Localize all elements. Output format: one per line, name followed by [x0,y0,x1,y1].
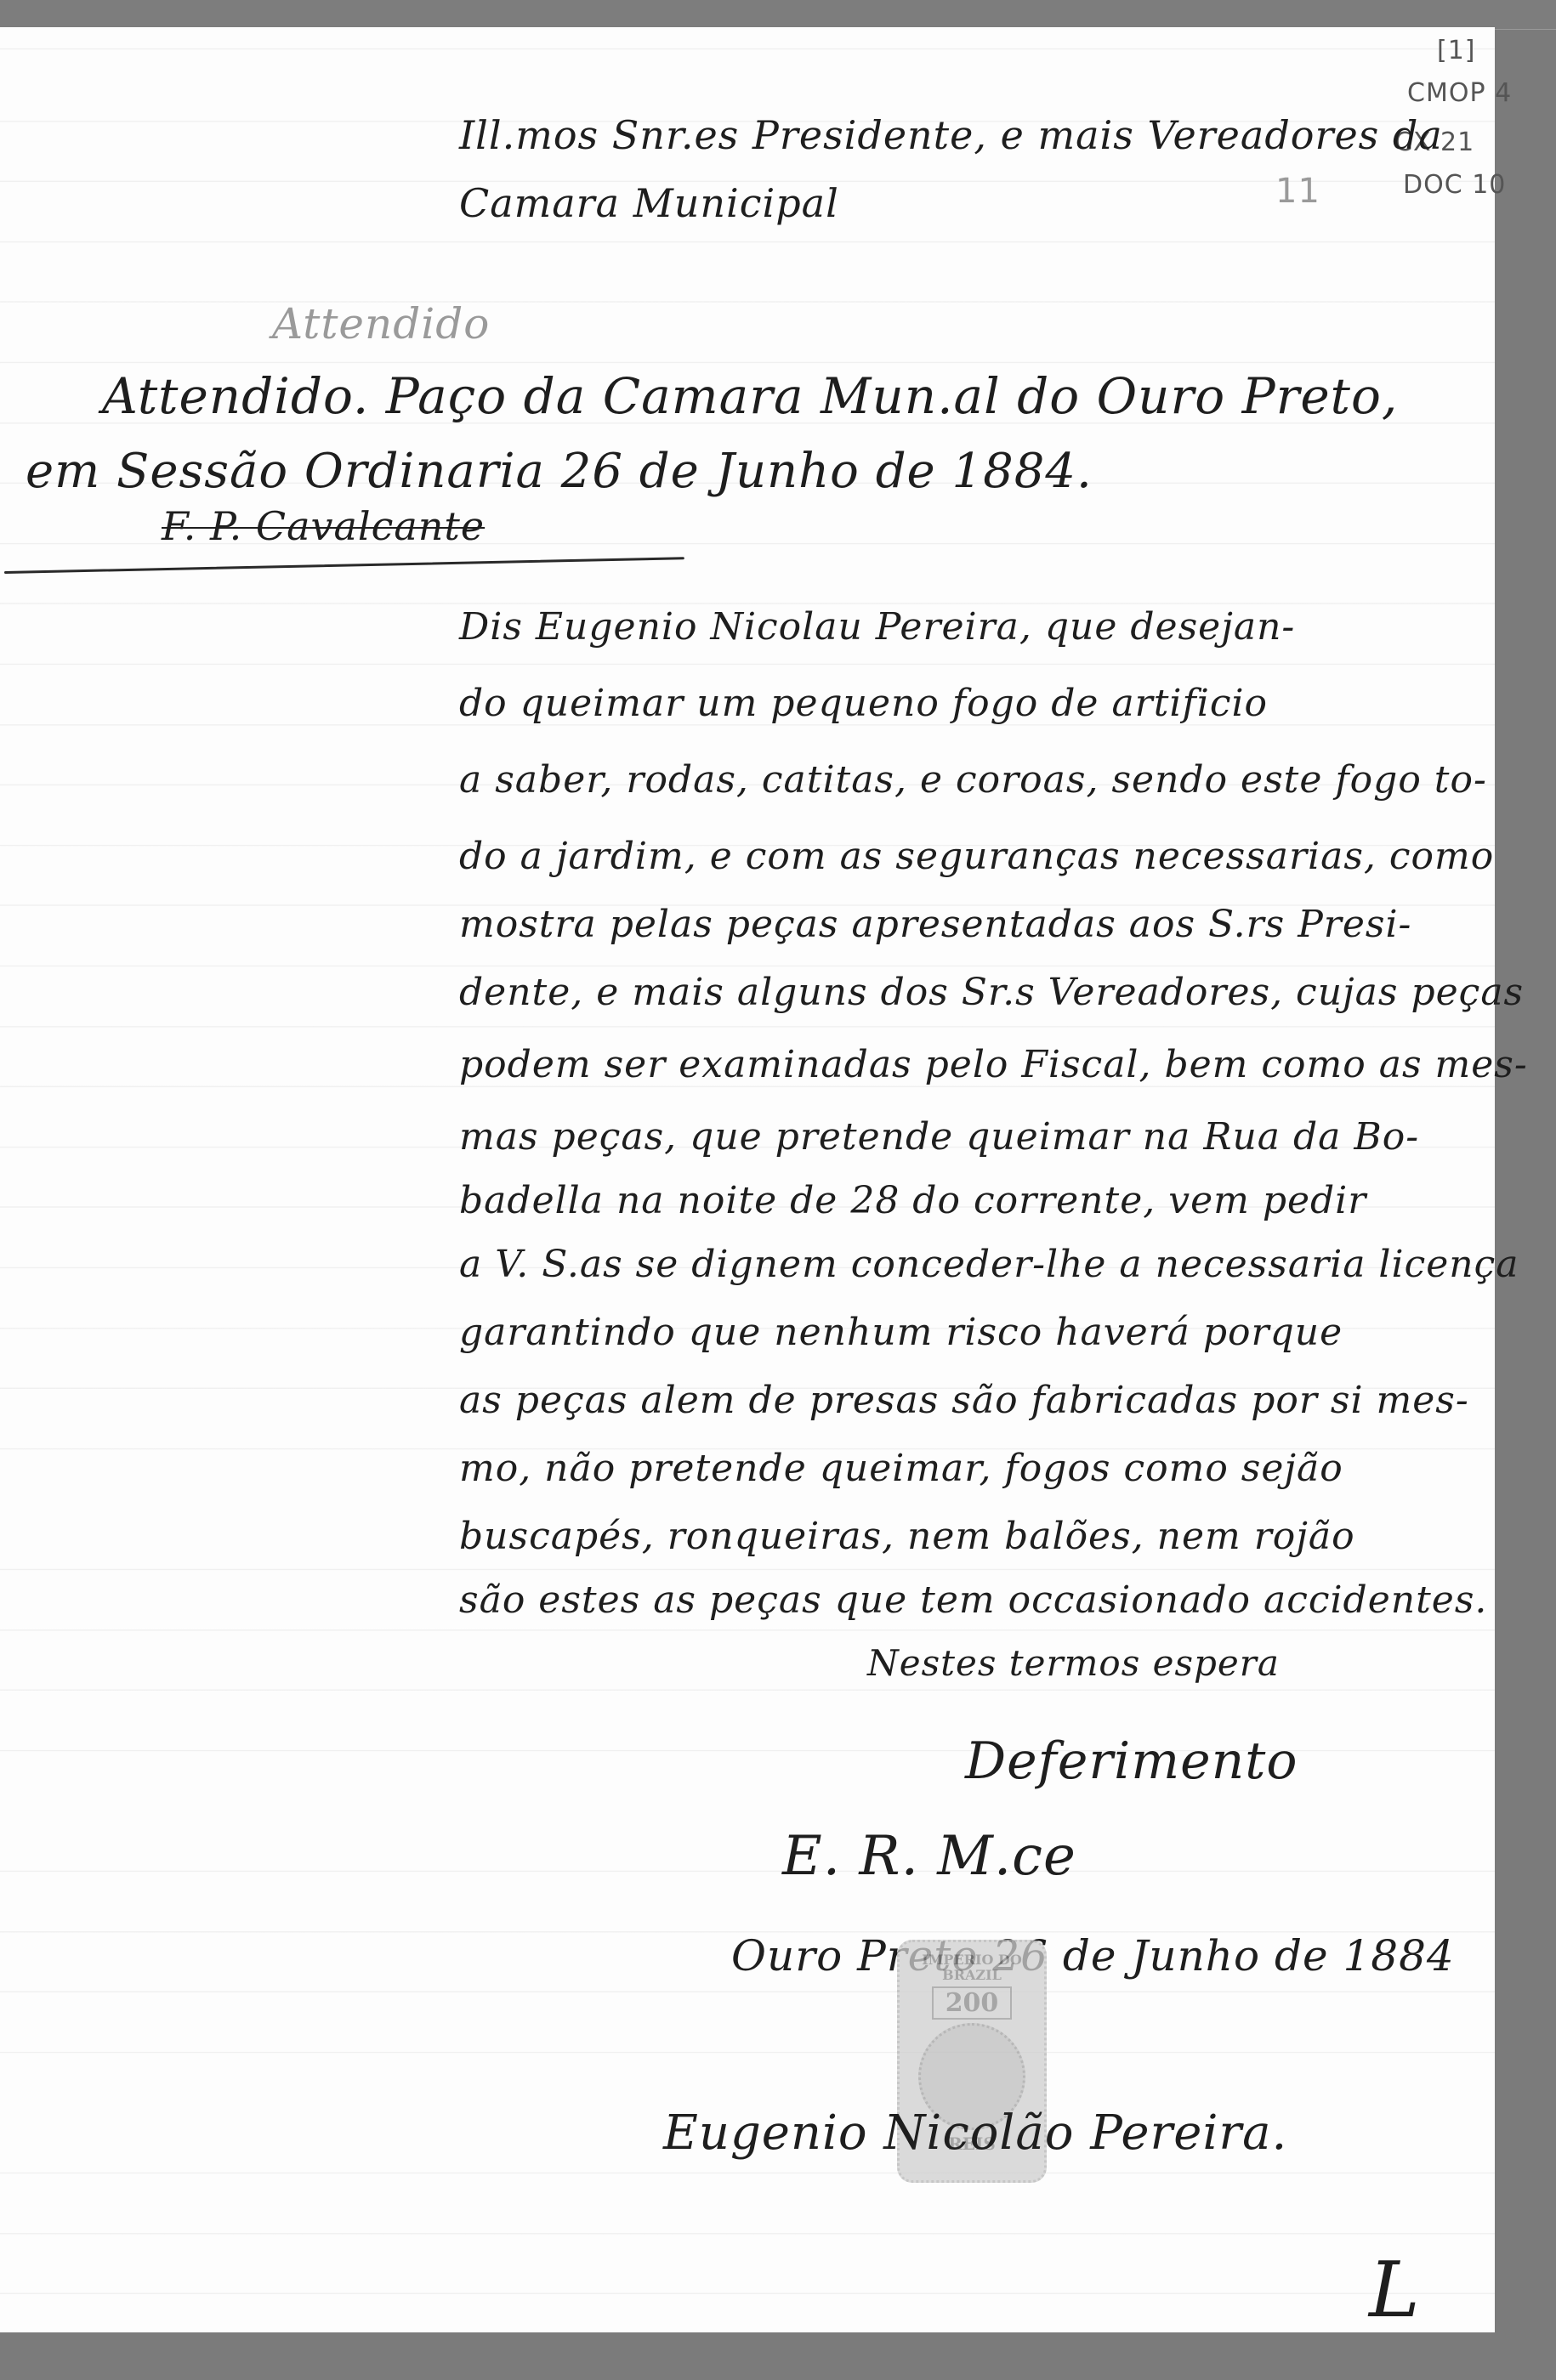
corner-mark: L [1369,2246,1421,2335]
dispatch-pencil-note: Attendido [272,299,490,348]
petitioner-signature: Eugenio Nicolão Pereira. [663,2105,1287,2161]
stamp-top-text: IMPERIO DO BRAZIL [900,1952,1044,1983]
petition-line: a saber, rodas, catitas, e coroas, sendo… [459,758,1487,802]
petition-line: buscapés, ronqueiras, nem balões, nem ro… [459,1515,1355,1558]
closing-formula: Nestes termos espera [867,1642,1280,1684]
place-date: Ouro Preto 26 de Junho de 1884 [731,1931,1455,1980]
petition-line: mas peças, que pretende queimar na Rua d… [459,1115,1419,1159]
petition-line: do queimar um pequeno fogo de artificio [459,682,1268,725]
address-line-1: Ill.mos Snr.es Presidente, e mais Veread… [459,112,1443,158]
petition-line: as peças alem de presas são fabricadas p… [459,1379,1469,1422]
deferimento: Deferimento [965,1731,1298,1791]
manuscript-page: [1] CMOP 4 CX 21 DOC 10 11 Ill.mos Snr.e… [0,27,1495,2332]
address-line-2: Camara Municipal [459,180,839,226]
erm-abbreviation: E. R. M.ce [782,1825,1076,1888]
petition-line: mo, não pretende queimar, fogos como sej… [459,1447,1343,1490]
petition-line: Dis Eugenio Nicolau Pereira, que desejan… [459,605,1295,649]
petition-line: do a jardim, e com as seguranças necessa… [459,835,1494,878]
petition-line: badella na noite de 28 do corrente, vem … [459,1179,1366,1222]
dispatch-line-2: em Sessão Ordinaria 26 de Junho de 1884. [26,444,1093,499]
folio-mark: 11 [1275,172,1320,211]
archive-doc-label: DOC 10 [1403,170,1506,200]
petition-line: mostra pelas peças apresentadas aos S.rs… [459,903,1411,946]
dispatch-line-1: Attendido. Paço da Camara Mun.al do Ouro… [102,367,1398,425]
petition-line: são estes as peças que tem occasionado a… [459,1578,1487,1622]
petition-line: podem ser examinadas pelo Fiscal, bem co… [459,1043,1528,1086]
petition-line: garantindo que nenhum risco haverá porqu… [459,1311,1343,1354]
scan-background-top [0,0,1556,30]
stamp-value: 200 [932,1986,1012,2020]
archive-fund-label: CMOP 4 [1407,78,1512,108]
petition-line: a V. S.as se dignem conceder-lhe a neces… [459,1243,1519,1286]
archive-bracket-label: [1] [1437,36,1476,65]
dispatch-signature: F. P. Cavalcante [162,503,485,549]
dispatch-divider-line [4,557,684,574]
petition-line: dente, e mais alguns dos Sr.s Vereadores… [459,971,1524,1014]
